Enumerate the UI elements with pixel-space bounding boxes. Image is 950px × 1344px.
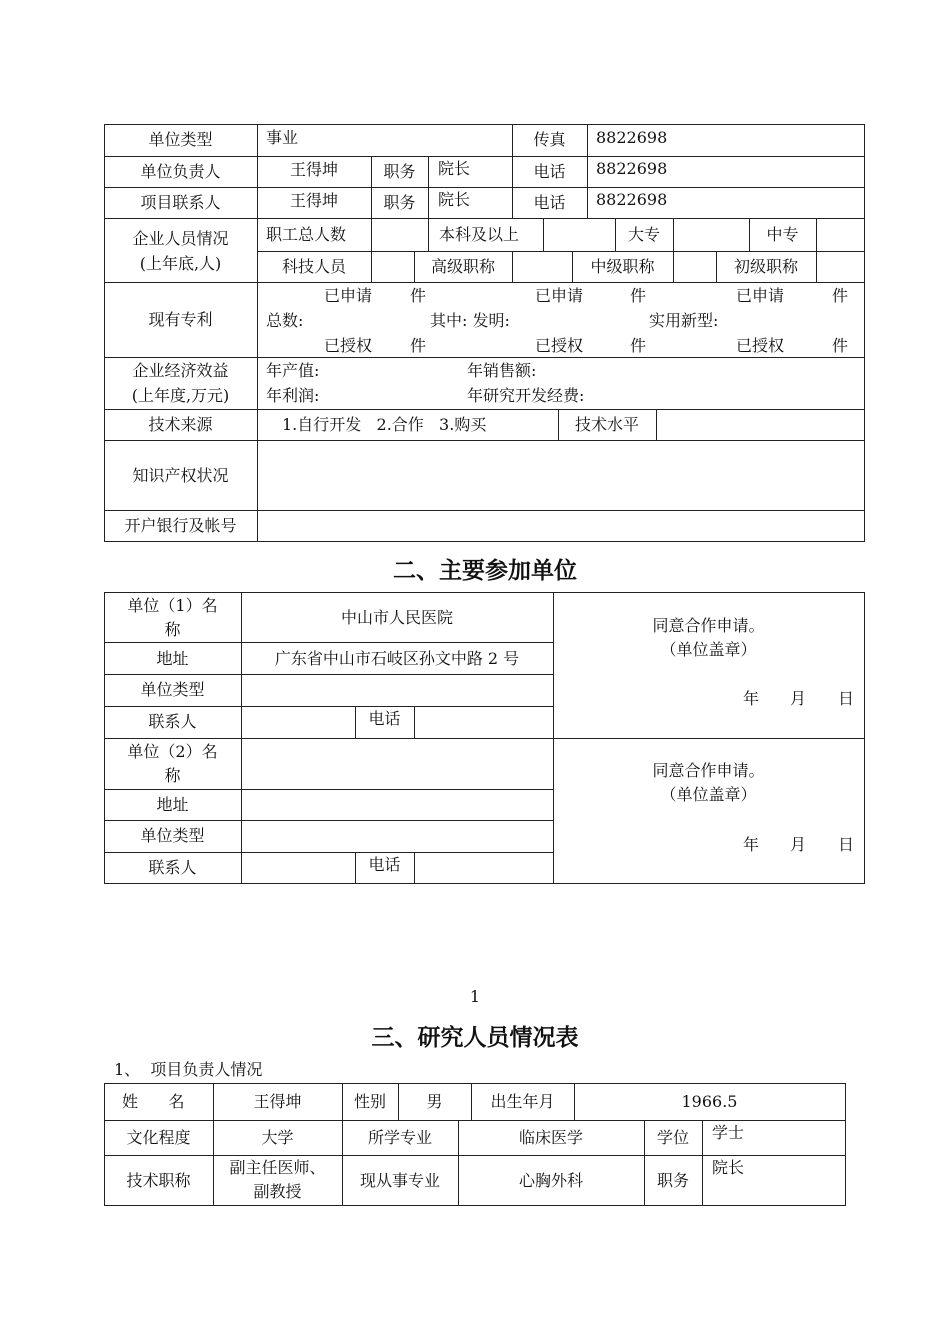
- mid-title-label: 中级职称: [572, 257, 673, 277]
- fax-value: 8822698: [596, 128, 667, 148]
- patent-utility-label: 实用新型:: [649, 311, 718, 331]
- unit-text: 件: [832, 286, 848, 306]
- patents-label: 现有专利: [104, 310, 257, 330]
- section2-title: 二、主要参加单位: [0, 552, 950, 585]
- tech-title-label: 技术职称: [104, 1171, 213, 1191]
- leader-name-label: 姓 名: [122, 1092, 185, 1112]
- college-label: 大专: [615, 225, 673, 245]
- tech-title-value: 副主任医师、: [213, 1158, 342, 1178]
- position-value: 院长: [712, 1158, 744, 1178]
- tech-source-label: 技术来源: [104, 415, 257, 435]
- annual-sales-label: 年销售额:: [467, 361, 536, 381]
- unit1-address-value: 广东省中山市石岐区孙文中路 2 号: [241, 649, 553, 669]
- page-number: 1: [0, 987, 950, 1007]
- unit2-name-label: 单位（2）名: [104, 742, 241, 762]
- patent-utility-granted: 已授权: [736, 336, 784, 356]
- staff-label-note: (上年底,人): [104, 254, 257, 274]
- major-label: 所学专业: [342, 1128, 458, 1148]
- section3-subtitle: 1、 项目负责人情况: [114, 1060, 262, 1080]
- unit1-day: 日: [838, 689, 854, 709]
- unit-leader-label: 单位负责人: [104, 162, 257, 182]
- gender-label: 性别: [342, 1092, 398, 1112]
- patent-invention-applied: 已申请: [535, 286, 583, 306]
- unit1-name-value: 中山市人民医院: [241, 608, 553, 628]
- unit2-year: 年: [743, 835, 759, 855]
- unit-text: 件: [630, 336, 646, 356]
- unit2-consent: 同意合作申请。: [553, 761, 864, 781]
- unit-type-label: 单位类型: [104, 130, 257, 150]
- unit1-year: 年: [743, 689, 759, 709]
- fax-label: 传真: [512, 130, 587, 150]
- contact-duty-label: 职务: [371, 193, 428, 213]
- ip-status-label: 知识产权状况: [104, 466, 257, 486]
- unit2-contact-label: 联系人: [104, 858, 241, 878]
- unit-leader-name: 王得坤: [257, 160, 371, 180]
- major-value: 临床医学: [458, 1128, 644, 1148]
- degree-value: 学士: [712, 1123, 744, 1143]
- current-major-label: 现从事专业: [342, 1171, 458, 1191]
- bank-account-label: 开户银行及帐号: [104, 516, 257, 536]
- rd-funding-label: 年研究开发经费:: [467, 386, 584, 406]
- current-major-value: 心胸外科: [458, 1171, 644, 1191]
- unit2-type-label: 单位类型: [104, 826, 241, 846]
- leader-duty-value: 院长: [438, 159, 470, 179]
- unit1-address-label: 地址: [104, 649, 241, 669]
- unit1-consent: 同意合作申请。: [553, 616, 864, 636]
- project-contact-name: 王得坤: [257, 191, 371, 211]
- unit1-type-label: 单位类型: [104, 680, 241, 700]
- leader-phone-label: 电话: [512, 162, 587, 182]
- unit2-phone-label: 电话: [355, 855, 414, 875]
- unit1-month: 月: [790, 689, 806, 709]
- tech-title-value-cont: 副教授: [213, 1182, 342, 1202]
- leader-duty-label: 职务: [371, 162, 428, 182]
- project-contact-label: 项目联系人: [104, 193, 257, 213]
- senior-title-label: 高级职称: [414, 257, 512, 277]
- patent-total-applied: 已申请: [324, 286, 372, 306]
- unit2-seal: （单位盖章）: [553, 785, 864, 805]
- unit1-name-label: 单位（1）名: [104, 596, 241, 616]
- unit1-phone-label: 电话: [355, 709, 414, 729]
- leader-name-value: 王得坤: [213, 1092, 342, 1112]
- bachelor-label: 本科及以上: [439, 225, 519, 245]
- education-label: 文化程度: [104, 1128, 213, 1148]
- unit2-month: 月: [790, 835, 806, 855]
- birth-value: 1966.5: [574, 1092, 845, 1112]
- position-label: 职务: [644, 1171, 702, 1191]
- education-value: 大学: [213, 1128, 342, 1148]
- unit2-name-label-cont: 称: [104, 766, 241, 786]
- degree-label: 学位: [644, 1128, 702, 1148]
- junior-title-label: 初级职称: [716, 257, 816, 277]
- tech-source-options: 1.自行开发 2.合作 3.购买: [282, 415, 486, 435]
- contact-phone-value: 8822698: [596, 190, 667, 210]
- leader-phone-value: 8822698: [596, 159, 667, 179]
- unit2-day: 日: [838, 835, 854, 855]
- patent-utility-applied: 已申请: [736, 286, 784, 306]
- unit-text: 件: [410, 336, 426, 356]
- unit-text: 件: [630, 286, 646, 306]
- annual-output-label: 年产值:: [266, 361, 319, 381]
- patent-total-label: 总数:: [266, 311, 303, 331]
- economy-label-note: (上年度,万元): [104, 386, 257, 406]
- patent-total-granted: 已授权: [324, 336, 372, 356]
- section3-title: 三、研究人员情况表: [0, 1019, 950, 1052]
- unit-type-value: 事业: [266, 128, 298, 148]
- contact-phone-label: 电话: [512, 193, 587, 213]
- patent-invention-granted: 已授权: [535, 336, 583, 356]
- contact-duty-value: 院长: [438, 190, 470, 210]
- gender-value: 男: [398, 1092, 471, 1112]
- annual-profit-label: 年利润:: [266, 386, 319, 406]
- unit1-seal: （单位盖章）: [553, 640, 864, 660]
- unit-text: 件: [410, 286, 426, 306]
- birth-label: 出生年月: [471, 1092, 574, 1112]
- secondary-label: 中专: [749, 225, 816, 245]
- unit1-contact-label: 联系人: [104, 712, 241, 732]
- economy-label: 企业经济效益: [104, 361, 257, 381]
- patent-invention-label: 其中: 发明:: [430, 311, 510, 331]
- total-staff-label: 职工总人数: [266, 225, 346, 245]
- staff-label: 企业人员情况: [104, 229, 257, 249]
- unit-text: 件: [832, 336, 848, 356]
- unit1-name-label-cont: 称: [104, 620, 241, 640]
- tech-staff-label: 科技人员: [257, 257, 371, 277]
- unit2-address-label: 地址: [104, 795, 241, 815]
- tech-level-label: 技术水平: [558, 415, 656, 435]
